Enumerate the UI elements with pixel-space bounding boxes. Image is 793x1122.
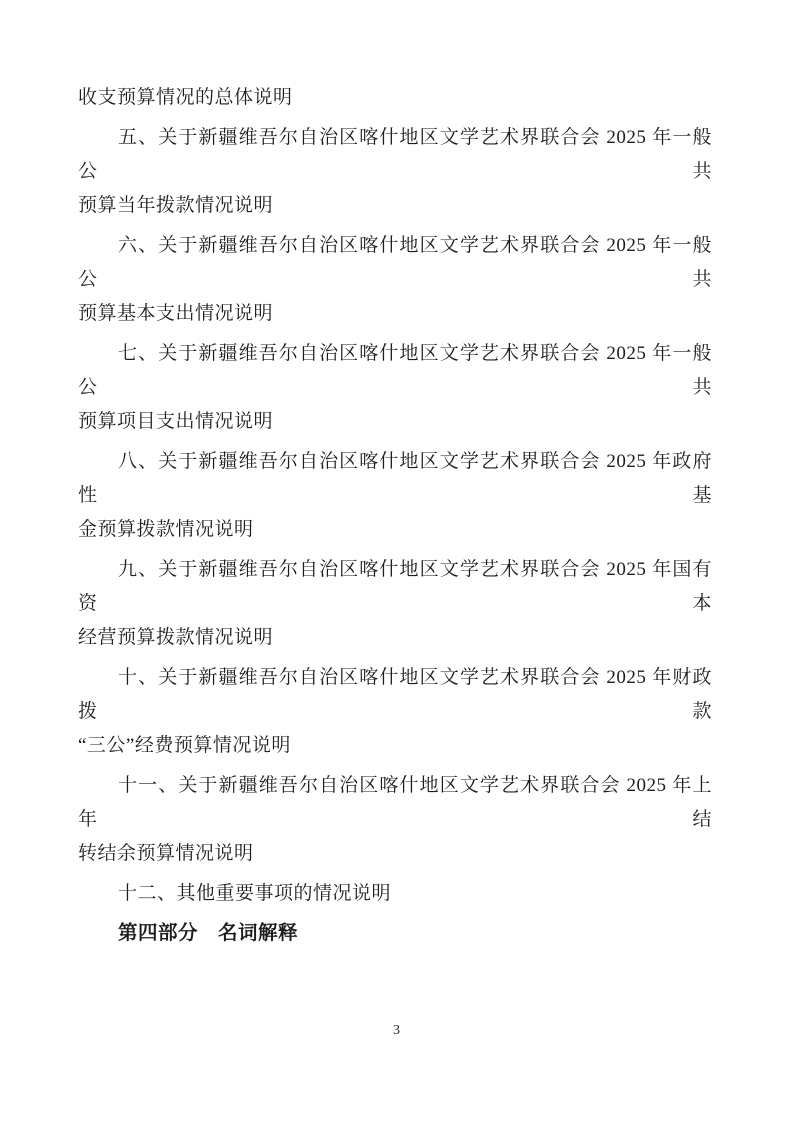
toc-line: 预算基本支出情况说明 — [78, 297, 712, 331]
page-number: 3 — [0, 1022, 793, 1040]
toc-item-9: 九、关于新疆维吾尔自治区喀什地区文学艺术界联合会 2025 年国有资本 经营预算… — [78, 553, 712, 655]
toc-line: 十二、其他重要事项的情况说明 — [78, 877, 712, 911]
toc-line: “三公”经费预算情况说明 — [78, 729, 712, 763]
toc-item-10: 十、关于新疆维吾尔自治区喀什地区文学艺术界联合会 2025 年财政拨款 “三公”… — [78, 661, 712, 763]
toc-item-6: 六、关于新疆维吾尔自治区喀什地区文学艺术界联合会 2025 年一般公共 预算基本… — [78, 229, 712, 331]
toc-line: 六、关于新疆维吾尔自治区喀什地区文学艺术界联合会 2025 年一般公共 — [78, 229, 712, 297]
toc-line: 十一、关于新疆维吾尔自治区喀什地区文学艺术界联合会 2025 年上年结 — [78, 769, 712, 837]
toc-line: 预算项目支出情况说明 — [78, 405, 712, 439]
toc-continuation: 收支预算情况的总体说明 — [78, 81, 712, 115]
toc-line: 预算当年拨款情况说明 — [78, 189, 712, 223]
toc-line: 九、关于新疆维吾尔自治区喀什地区文学艺术界联合会 2025 年国有资本 — [78, 553, 712, 621]
toc-line: 收支预算情况的总体说明 — [78, 81, 712, 115]
toc-item-5: 五、关于新疆维吾尔自治区喀什地区文学艺术界联合会 2025 年一般公共 预算当年… — [78, 121, 712, 223]
toc-line: 经营预算拨款情况说明 — [78, 621, 712, 655]
toc-item-11: 十一、关于新疆维吾尔自治区喀什地区文学艺术界联合会 2025 年上年结 转结余预… — [78, 769, 712, 871]
toc-item-8: 八、关于新疆维吾尔自治区喀什地区文学艺术界联合会 2025 年政府性基 金预算拨… — [78, 445, 712, 547]
toc-item-12: 十二、其他重要事项的情况说明 — [78, 877, 712, 911]
document-page: 收支预算情况的总体说明 五、关于新疆维吾尔自治区喀什地区文学艺术界联合会 202… — [0, 0, 793, 1122]
toc-line: 金预算拨款情况说明 — [78, 513, 712, 547]
toc-line: 十、关于新疆维吾尔自治区喀什地区文学艺术界联合会 2025 年财政拨款 — [78, 661, 712, 729]
section-heading: 第四部分 名词解释 — [78, 917, 712, 951]
toc-item-7: 七、关于新疆维吾尔自治区喀什地区文学艺术界联合会 2025 年一般公共 预算项目… — [78, 337, 712, 439]
toc-line: 八、关于新疆维吾尔自治区喀什地区文学艺术界联合会 2025 年政府性基 — [78, 445, 712, 513]
toc-line: 五、关于新疆维吾尔自治区喀什地区文学艺术界联合会 2025 年一般公共 — [78, 121, 712, 189]
toc-line: 转结余预算情况说明 — [78, 837, 712, 871]
toc-line: 七、关于新疆维吾尔自治区喀什地区文学艺术界联合会 2025 年一般公共 — [78, 337, 712, 405]
